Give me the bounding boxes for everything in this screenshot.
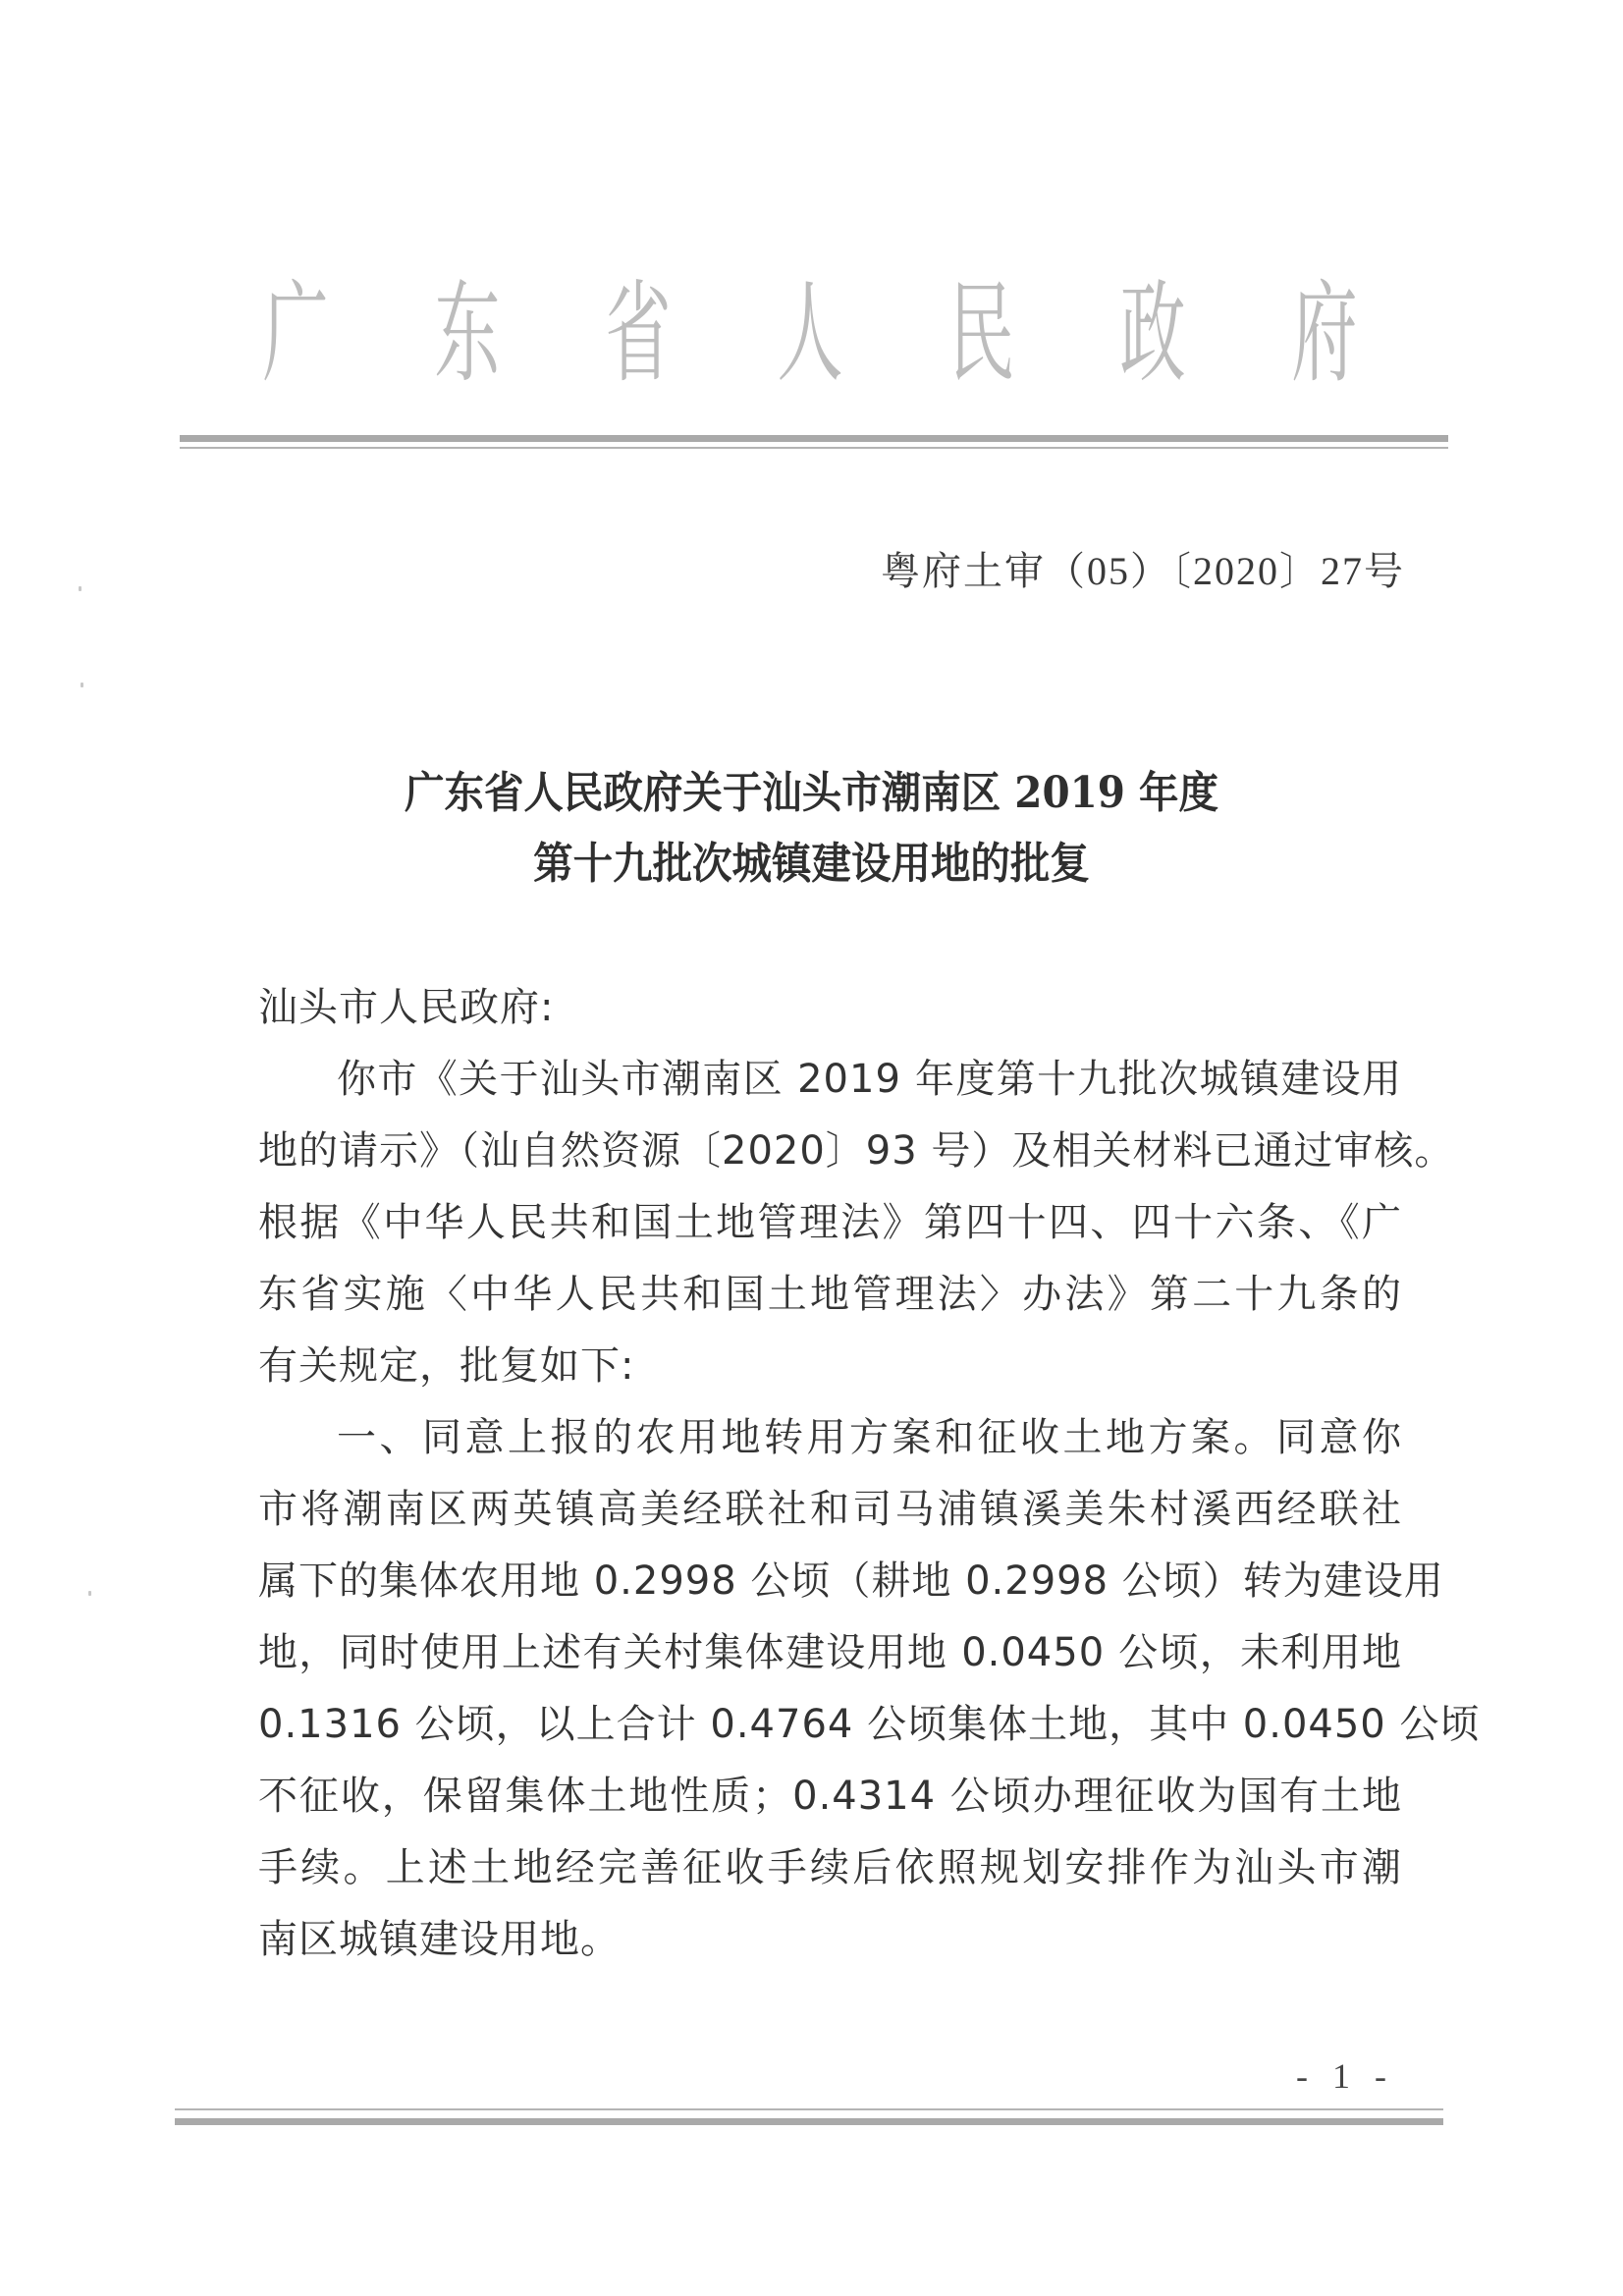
document-page: 广 东 省 人 民 政 府 粤府土审（05）〔2020〕27号 广东省人民政府关… [0, 0, 1623, 2296]
scan-speck [79, 586, 81, 591]
header-thick-rule [180, 435, 1448, 442]
masthead-char: 广 [262, 279, 328, 389]
paragraph-line: 南区城镇建设用地。 [258, 1904, 1402, 1976]
document-title-line-2: 第十九批次城镇建设用地的批复 [65, 829, 1558, 900]
masthead-char: 府 [1291, 279, 1357, 389]
paragraph-line: 地，同时使用上述有关村集体建设用地 0.0450 公顷，未利用地 [258, 1617, 1402, 1689]
paragraph-line: 属下的集体农用地 0.2998 公顷（耕地 0.2998 公顷）转为建设用 [258, 1546, 1402, 1617]
page-number: - 1 - [1296, 2052, 1394, 2100]
paragraph-line: 一、同意上报的农用地转用方案和征收土地方案。同意你 [258, 1402, 1402, 1474]
masthead-char: 民 [948, 279, 1014, 389]
paragraph-line: 你市《关于汕头市潮南区 2019 年度第十九批次城镇建设用 [258, 1044, 1402, 1116]
document-number: 粤府土审（05）〔2020〕27号 [881, 546, 1405, 597]
paragraph-line: 市将潮南区两英镇高美经联社和司马浦镇溪美朱村溪西经联社 [258, 1474, 1402, 1546]
paragraph-2: 一、同意上报的农用地转用方案和征收土地方案。同意你 市将潮南区两英镇高美经联社和… [258, 1402, 1402, 1976]
masthead: 广 东 省 人 民 政 府 [180, 265, 1448, 403]
paragraph-line: 0.1316 公顷，以上合计 0.4764 公顷集体土地，其中 0.0450 公… [258, 1689, 1402, 1761]
paragraph-line: 根据《中华人民共和国土地管理法》第四十四、四十六条、《广 [258, 1187, 1402, 1259]
scan-speck [81, 683, 83, 687]
masthead-char: 人 [777, 279, 842, 389]
document-title-line-1: 广东省人民政府关于汕头市潮南区 2019 年度 [65, 758, 1558, 829]
masthead-char: 政 [1120, 279, 1186, 389]
paragraph-line: 地的请示》（汕自然资源〔2020〕93 号）及相关材料已通过审核。 [258, 1116, 1402, 1187]
footer-thin-rule [175, 2108, 1443, 2110]
header-thin-rule [180, 447, 1448, 449]
paragraph-1: 你市《关于汕头市潮南区 2019 年度第十九批次城镇建设用 地的请示》（汕自然资… [258, 1044, 1402, 1402]
masthead-char: 省 [606, 279, 672, 389]
paragraph-line: 手续。上述土地经完善征收手续后依照规划安排作为汕头市潮 [258, 1832, 1402, 1904]
masthead-char: 东 [434, 279, 500, 389]
paragraph-line: 有关规定，批复如下: [258, 1331, 1402, 1402]
scan-speck [88, 1591, 91, 1596]
paragraph-line: 东省实施〈中华人民共和国土地管理法〉办法》第二十九条的 [258, 1259, 1402, 1331]
footer-thick-rule [175, 2118, 1443, 2125]
paragraph-line: 不征收，保留集体土地性质；0.4314 公顷办理征收为国有土地 [258, 1761, 1402, 1832]
salutation: 汕头市人民政府: [258, 972, 554, 1044]
